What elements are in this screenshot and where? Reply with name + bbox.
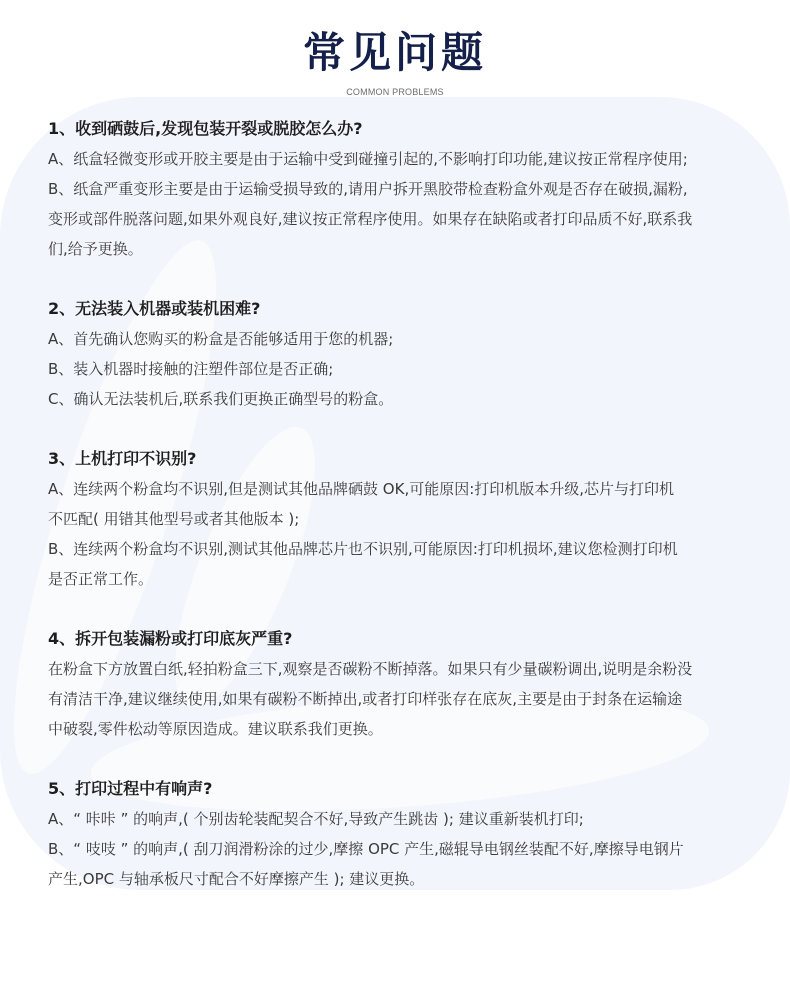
faq-answer-line: A、“ 咔咔 ” 的响声,( 个别齿轮装配契合不好,导致产生跳齿 ); 建议重新… xyxy=(48,804,748,834)
faq-answer-line: 有清洁干净,建议继续使用,如果有碳粉不断掉出,或者打印样张存在底灰,主要是由于封… xyxy=(48,684,748,714)
faq-question: 4、拆开包装漏粉或打印底灰严重? xyxy=(48,624,748,654)
spacer xyxy=(48,744,748,774)
faq-list: 1、收到硒鼓后,发现包装开裂或脱胶怎么办? A、纸盒轻微变形或开胶主要是由于运输… xyxy=(48,114,748,894)
faq-answer-line: B、连续两个粉盒均不识别,测试其他品牌芯片也不识别,可能原因:打印机损坏,建议您… xyxy=(48,534,748,564)
faq-answer-line: A、纸盒轻微变形或开胶主要是由于运输中受到碰撞引起的,不影响打印功能,建议按正常… xyxy=(48,144,748,174)
faq-item: 3、上机打印不识别? A、连续两个粉盒均不识别,但是测试其他品牌硒鼓 OK,可能… xyxy=(48,444,748,594)
faq-answer-line: 中破裂,零件松动等原因造成。建议联系我们更换。 xyxy=(48,714,748,744)
faq-answer-line: 变形或部件脱落问题,如果外观良好,建议按正常程序使用。如果存在缺陷或者打印品质不… xyxy=(48,204,748,234)
faq-question: 5、打印过程中有响声? xyxy=(48,774,748,804)
faq-answer-line: 们,给予更换。 xyxy=(48,234,748,264)
faq-answer-line: A、首先确认您购买的粉盒是否能够适用于您的机器; xyxy=(48,324,748,354)
faq-answer-line: B、纸盒严重变形主要是由于运输受损导致的,请用户拆开黑胶带检查粉盒外观是否存在破… xyxy=(48,174,748,204)
faq-answer-line: B、“ 吱吱 ” 的响声,( 刮刀润滑粉涂的过少,摩擦 OPC 产生,磁辊导电钢… xyxy=(48,834,748,864)
faq-question: 2、无法装入机器或装机困难? xyxy=(48,294,748,324)
faq-item: 4、拆开包装漏粉或打印底灰严重? 在粉盒下方放置白纸,轻拍粉盒三下,观察是否碳粉… xyxy=(48,624,748,744)
spacer xyxy=(48,264,748,294)
page-header: 常见问题 COMMON PROBLEMS xyxy=(0,0,790,100)
faq-answer-line: 在粉盒下方放置白纸,轻拍粉盒三下,观察是否碳粉不断掉落。如果只有少量碳粉调出,说… xyxy=(48,654,748,684)
faq-answer-line: B、装入机器时接触的注塑件部位是否正确; xyxy=(48,354,748,384)
faq-item: 1、收到硒鼓后,发现包装开裂或脱胶怎么办? A、纸盒轻微变形或开胶主要是由于运输… xyxy=(48,114,748,264)
faq-answer-line: 产生,OPC 与轴承板尺寸配合不好摩擦产生 ); 建议更换。 xyxy=(48,864,748,894)
faq-item: 2、无法装入机器或装机困难? A、首先确认您购买的粉盒是否能够适用于您的机器; … xyxy=(48,294,748,414)
page-title: 常见问题 xyxy=(0,28,790,78)
spacer xyxy=(48,594,748,624)
faq-question: 1、收到硒鼓后,发现包装开裂或脱胶怎么办? xyxy=(48,114,748,144)
faq-question: 3、上机打印不识别? xyxy=(48,444,748,474)
faq-answer-line: 是否正常工作。 xyxy=(48,564,748,594)
faq-item: 5、打印过程中有响声? A、“ 咔咔 ” 的响声,( 个别齿轮装配契合不好,导致… xyxy=(48,774,748,894)
faq-answer-line: 不匹配( 用错其他型号或者其他版本 ); xyxy=(48,504,748,534)
faq-answer-line: A、连续两个粉盒均不识别,但是测试其他品牌硒鼓 OK,可能原因:打印机版本升级,… xyxy=(48,474,748,504)
faq-answer-line: C、确认无法装机后,联系我们更换正确型号的粉盒。 xyxy=(48,384,748,414)
spacer xyxy=(48,414,748,444)
